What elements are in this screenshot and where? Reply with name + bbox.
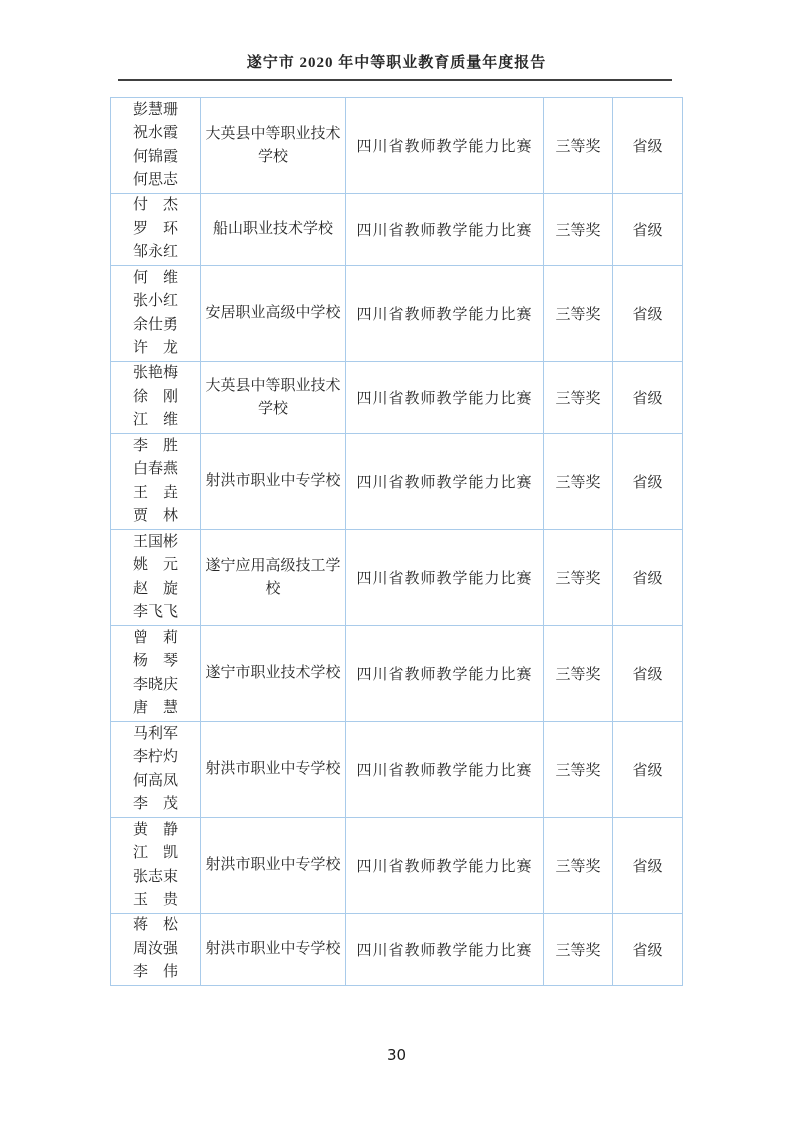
cell-award: 三等奖 [544, 626, 613, 722]
cell-school: 射洪市职业中专学校 [201, 722, 346, 818]
table-row: 何 维 张小红 余仕勇 许 龙安居职业高级中学校四川省教师教学能力比赛三等奖省级 [111, 266, 683, 362]
cell-competition: 四川省教师教学能力比赛 [346, 722, 544, 818]
cell-competition: 四川省教师教学能力比赛 [346, 626, 544, 722]
awards-table-body: 彭慧珊 祝水霞 何锦霞 何思志大英县中等职业技术 学校四川省教师教学能力比赛三等… [111, 98, 683, 986]
cell-names: 彭慧珊 祝水霞 何锦霞 何思志 [111, 98, 201, 194]
cell-school: 遂宁市职业技术学校 [201, 626, 346, 722]
teacher-awards-table: 彭慧珊 祝水霞 何锦霞 何思志大英县中等职业技术 学校四川省教师教学能力比赛三等… [110, 97, 683, 986]
cell-competition: 四川省教师教学能力比赛 [346, 530, 544, 626]
cell-level: 省级 [613, 98, 683, 194]
cell-names: 马利军 李柠灼 何高凤 李 茂 [111, 722, 201, 818]
table-row: 曾 莉 杨 琴 李晓庆 唐 慧遂宁市职业技术学校四川省教师教学能力比赛三等奖省级 [111, 626, 683, 722]
page-number: 30 [0, 1046, 793, 1064]
cell-names: 黄 静 江 凯 张志束 玉 贵 [111, 818, 201, 914]
cell-level: 省级 [613, 434, 683, 530]
cell-award: 三等奖 [544, 194, 613, 266]
cell-award: 三等奖 [544, 266, 613, 362]
cell-names: 蒋 松 周汝强 李 伟 [111, 914, 201, 986]
table-row: 付 杰 罗 环 邹永红船山职业技术学校四川省教师教学能力比赛三等奖省级 [111, 194, 683, 266]
cell-names: 何 维 张小红 余仕勇 许 龙 [111, 266, 201, 362]
cell-names: 王国彬 姚 元 赵 旋 李飞飞 [111, 530, 201, 626]
cell-award: 三等奖 [544, 98, 613, 194]
cell-level: 省级 [613, 818, 683, 914]
cell-level: 省级 [613, 914, 683, 986]
table-row: 蒋 松 周汝强 李 伟射洪市职业中专学校四川省教师教学能力比赛三等奖省级 [111, 914, 683, 986]
cell-names: 付 杰 罗 环 邹永红 [111, 194, 201, 266]
table-row: 张艳梅 徐 刚 江 维大英县中等职业技术 学校四川省教师教学能力比赛三等奖省级 [111, 362, 683, 434]
cell-competition: 四川省教师教学能力比赛 [346, 362, 544, 434]
document-header-title: 遂宁市 2020 年中等职业教育质量年度报告 [0, 51, 793, 72]
cell-school: 射洪市职业中专学校 [201, 818, 346, 914]
header-rule [118, 79, 672, 81]
cell-award: 三等奖 [544, 434, 613, 530]
cell-award: 三等奖 [544, 818, 613, 914]
cell-competition: 四川省教师教学能力比赛 [346, 818, 544, 914]
table-row: 马利军 李柠灼 何高凤 李 茂射洪市职业中专学校四川省教师教学能力比赛三等奖省级 [111, 722, 683, 818]
cell-level: 省级 [613, 194, 683, 266]
cell-award: 三等奖 [544, 914, 613, 986]
cell-school: 船山职业技术学校 [201, 194, 346, 266]
cell-school: 射洪市职业中专学校 [201, 914, 346, 986]
cell-level: 省级 [613, 266, 683, 362]
cell-award: 三等奖 [544, 362, 613, 434]
cell-competition: 四川省教师教学能力比赛 [346, 266, 544, 362]
table-row: 王国彬 姚 元 赵 旋 李飞飞遂宁应用高级技工学校四川省教师教学能力比赛三等奖省… [111, 530, 683, 626]
table-row: 黄 静 江 凯 张志束 玉 贵射洪市职业中专学校四川省教师教学能力比赛三等奖省级 [111, 818, 683, 914]
cell-level: 省级 [613, 626, 683, 722]
cell-level: 省级 [613, 362, 683, 434]
cell-names: 曾 莉 杨 琴 李晓庆 唐 慧 [111, 626, 201, 722]
cell-competition: 四川省教师教学能力比赛 [346, 194, 544, 266]
cell-competition: 四川省教师教学能力比赛 [346, 434, 544, 530]
cell-award: 三等奖 [544, 722, 613, 818]
table-row: 彭慧珊 祝水霞 何锦霞 何思志大英县中等职业技术 学校四川省教师教学能力比赛三等… [111, 98, 683, 194]
cell-school: 安居职业高级中学校 [201, 266, 346, 362]
cell-level: 省级 [613, 722, 683, 818]
cell-competition: 四川省教师教学能力比赛 [346, 914, 544, 986]
cell-award: 三等奖 [544, 530, 613, 626]
cell-school: 遂宁应用高级技工学校 [201, 530, 346, 626]
cell-competition: 四川省教师教学能力比赛 [346, 98, 544, 194]
table-row: 李 胜 白春燕 王 垚 贾 林射洪市职业中专学校四川省教师教学能力比赛三等奖省级 [111, 434, 683, 530]
cell-names: 李 胜 白春燕 王 垚 贾 林 [111, 434, 201, 530]
cell-school: 射洪市职业中专学校 [201, 434, 346, 530]
cell-school: 大英县中等职业技术 学校 [201, 98, 346, 194]
cell-names: 张艳梅 徐 刚 江 维 [111, 362, 201, 434]
document-page: 遂宁市 2020 年中等职业教育质量年度报告 彭慧珊 祝水霞 何锦霞 何思志大英… [0, 0, 793, 1122]
cell-school: 大英县中等职业技术 学校 [201, 362, 346, 434]
cell-level: 省级 [613, 530, 683, 626]
